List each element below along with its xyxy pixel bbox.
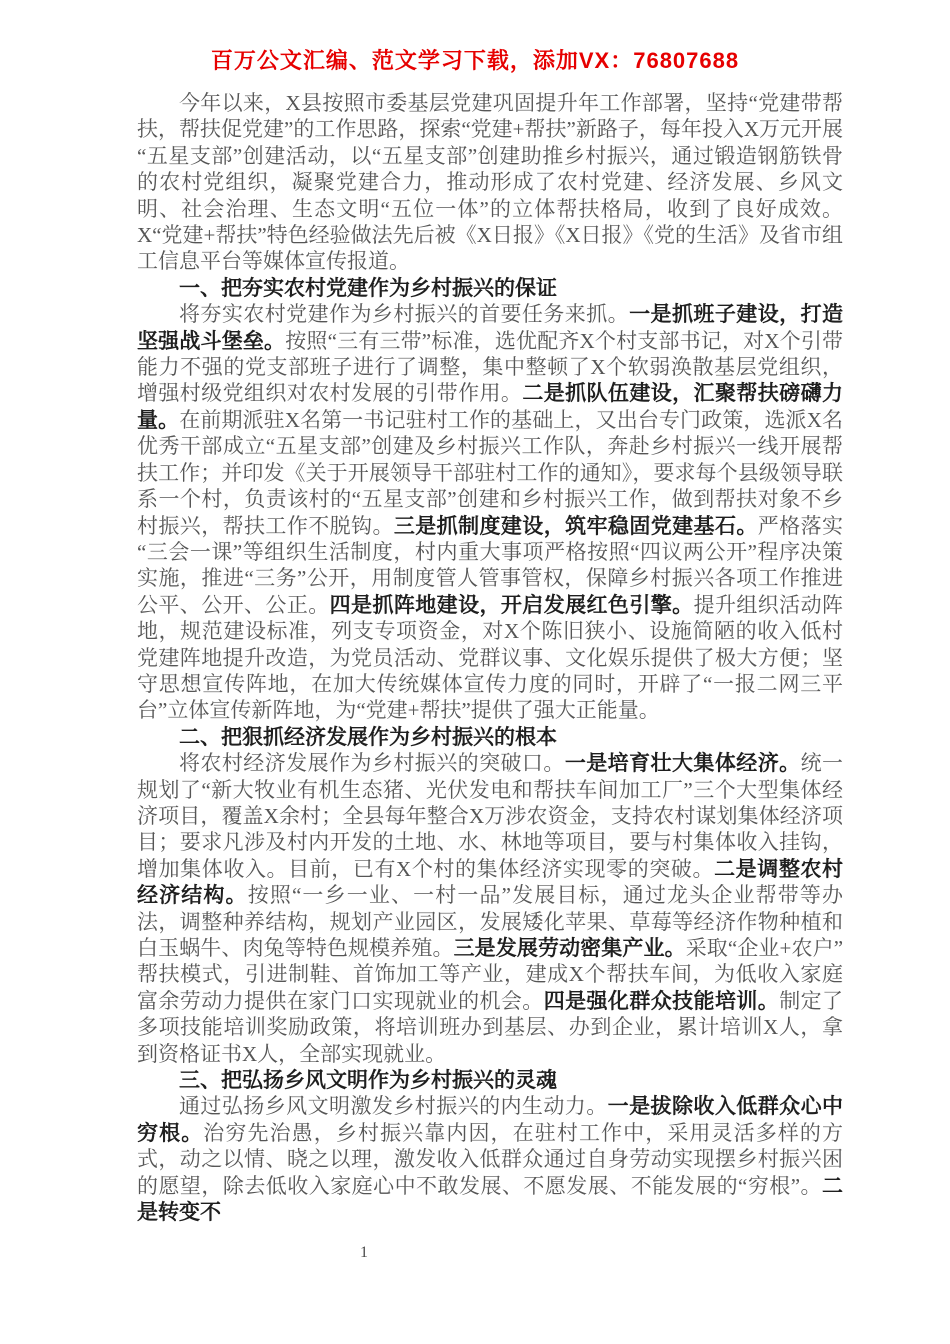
header-notice: 百万公文汇编、范文学习下载，添加VX：76807688	[0, 44, 950, 75]
section-heading: 一、把夯实农村党建作为乡村振兴的保证	[137, 275, 843, 301]
text-run: 三、把弘扬乡风文明作为乡村振兴的灵魂	[179, 1068, 557, 1092]
text-run: 三是抓制度建设，筑牢稳固党建基石。	[394, 514, 758, 538]
paragraph: 通过弘扬乡风文明激发乡村振兴的内生动力。一是拔除收入低群众心中穷根。治穷先治愚，…	[137, 1093, 843, 1225]
section-heading: 三、把弘扬乡风文明作为乡村振兴的灵魂	[137, 1067, 843, 1093]
text-run: 四是强化群众技能培训。	[544, 989, 779, 1013]
text-run: 一、把夯实农村党建作为乡村振兴的保证	[179, 276, 557, 300]
text-run: 今年以来，X县按照市委基层党建巩固提升年工作部署，坚持“党建带帮扶，帮扶促党建”…	[137, 91, 843, 273]
paragraph: 今年以来，X县按照市委基层党建巩固提升年工作部署，坚持“党建带帮扶，帮扶促党建”…	[137, 90, 843, 275]
document-page: 百万公文汇编、范文学习下载，添加VX：76807688 今年以来，X县按照市委基…	[0, 0, 950, 1344]
text-run: 二、把狠抓经济发展作为乡村振兴的根本	[179, 725, 557, 749]
paragraph: 将农村经济发展作为乡村振兴的突破口。一是培育壮大集体经济。统一规划了“新大牧业有…	[137, 750, 843, 1067]
text-run: 将夯实农村党建作为乡村振兴的首要任务来抓。	[179, 302, 629, 326]
section-heading: 二、把狠抓经济发展作为乡村振兴的根本	[137, 724, 843, 750]
page-number: 1	[0, 1244, 728, 1262]
paragraph: 将夯实农村党建作为乡村振兴的首要任务来抓。一是抓班子建设，打造坚强战斗堡垒。按照…	[137, 301, 843, 724]
text-run: 治穷先治愚，乡村振兴靠内因，在驻村工作中，采用灵活多样的方式，动之以情、晓之以理…	[137, 1121, 843, 1198]
document-body: 今年以来，X县按照市委基层党建巩固提升年工作部署，坚持“党建带帮扶，帮扶促党建”…	[137, 90, 843, 1225]
text-run: 三是发展劳动密集产业。	[454, 936, 686, 960]
text-run: 将农村经济发展作为乡村振兴的突破口。	[179, 751, 565, 775]
text-run: 一是培育壮大集体经济。	[565, 751, 801, 775]
text-run: 四是抓阵地建设，开启发展红色引擎。	[330, 593, 694, 617]
text-run: 通过弘扬乡风文明激发乡村振兴的内生动力。	[179, 1094, 608, 1118]
